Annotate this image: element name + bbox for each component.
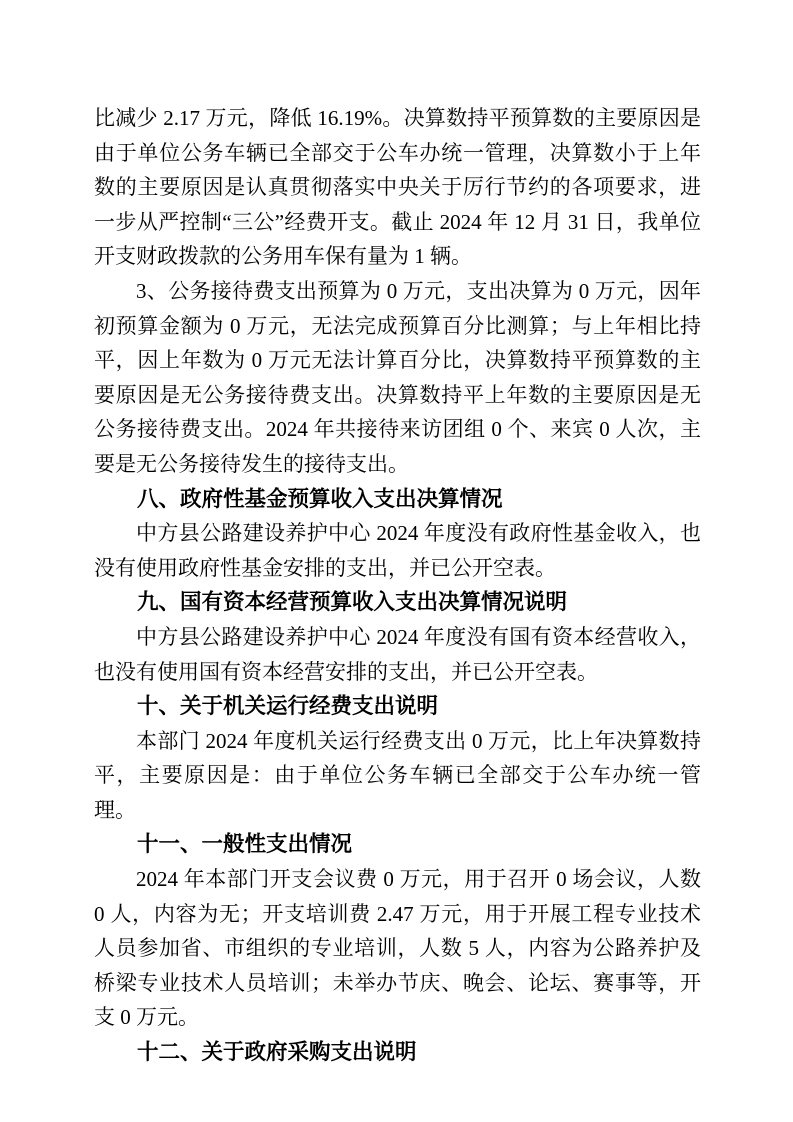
paragraph: 中方县公路建设养护中心 2024 年度没有政府性基金收入，也没有使用政府性基金安… — [94, 516, 701, 585]
section-heading: 九、国有资本经营预算收入支出决算情况说明 — [94, 585, 701, 620]
section-heading: 十二、关于政府采购支出说明 — [94, 1035, 701, 1070]
paragraph: 本部门 2024 年度机关运行经费支出 0 万元，比上年决算数持平，主要原因是：… — [94, 724, 701, 828]
section-heading: 十一、一般性支出情况 — [94, 827, 701, 862]
paragraph: 中方县公路建设养护中心 2024 年度没有国有资本经营收入，也没有使用国有资本经… — [94, 620, 701, 689]
section-heading: 八、政府性基金预算收入支出决算情况 — [94, 482, 701, 517]
paragraph: 3、公务接待费支出预算为 0 万元，支出决算为 0 万元，因年初预算金额为 0 … — [94, 274, 701, 482]
paragraph: 比减少 2.17 万元，降低 16.19%。决算数持平预算数的主要原因是由于单位… — [94, 101, 701, 274]
section-heading: 十、关于机关运行经费支出说明 — [94, 689, 701, 724]
document-body: 比减少 2.17 万元，降低 16.19%。决算数持平预算数的主要原因是由于单位… — [94, 101, 701, 1070]
document-page: 比减少 2.17 万元，降低 16.19%。决算数持平预算数的主要原因是由于单位… — [0, 0, 793, 1122]
paragraph: 2024 年本部门开支会议费 0 万元，用于召开 0 场会议，人数 0 人，内容… — [94, 862, 701, 1035]
